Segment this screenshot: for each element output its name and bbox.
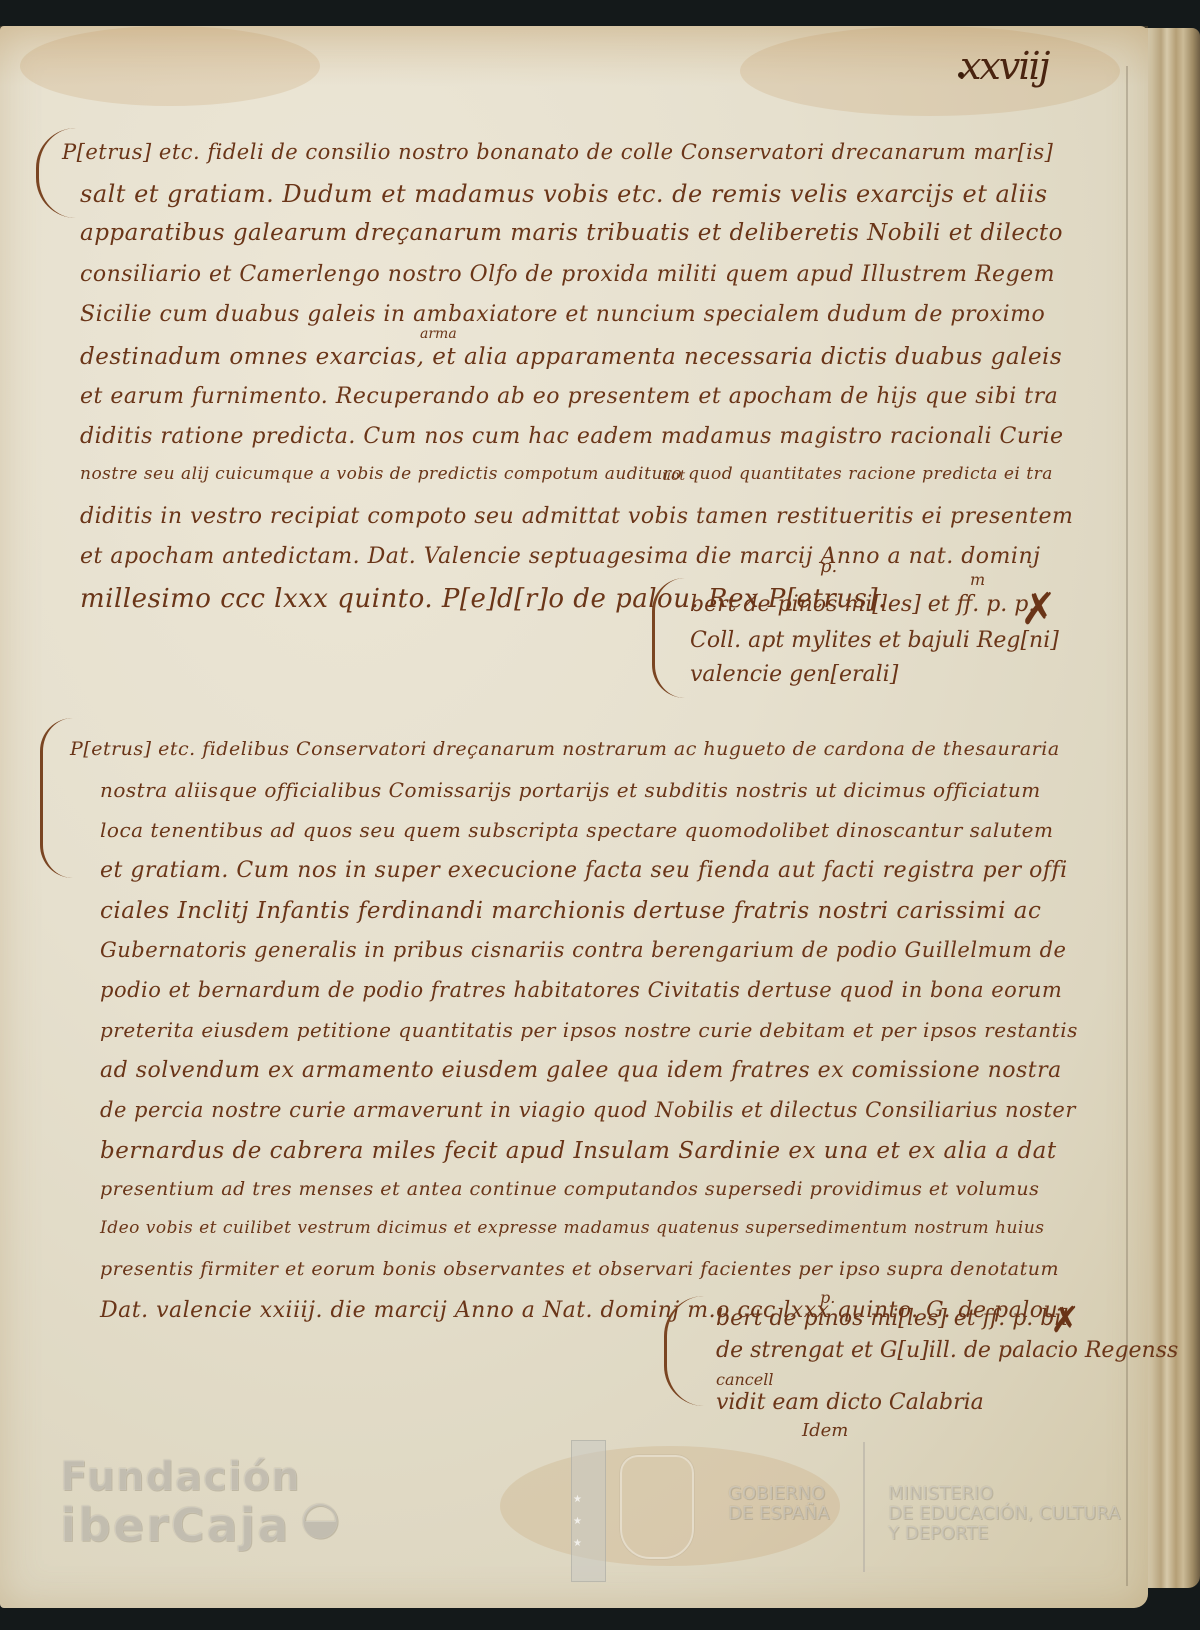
watermark-divider <box>863 1442 865 1572</box>
entry-2-line: nostra aliisque officialibus Comissarijs… <box>100 778 1041 802</box>
entry-2-line: ciales Inclitj Infantis ferdinandi march… <box>100 898 1041 924</box>
entry-2-line: et gratiam. Cum nos in super execucione … <box>100 858 1068 883</box>
paper-stain <box>740 26 1120 116</box>
subscription-line: de strengat et G[u]ill. de palacio Regen… <box>716 1338 1178 1363</box>
entry-1-line: Sicilie cum duabus galeis in ambaxiatore… <box>80 302 1045 327</box>
entry-2-initial-bracket <box>40 718 73 878</box>
entry-1-line: apparatibus galearum dreçanarum maris tr… <box>80 220 1063 246</box>
entry-2-line: de percia nostre curie armaverunt in via… <box>100 1098 1076 1122</box>
entry-2-line: P[etrus] etc. fidelibus Conservatori dre… <box>70 738 1060 760</box>
gobierno-line-1: GOBIERNO <box>728 1484 830 1504</box>
ministerio-line-1: MINISTERIO <box>888 1484 1120 1504</box>
star-icon: ★ <box>573 1538 582 1549</box>
subscription-line: Coll. apt mylites et bajuli Reg[ni] <box>690 628 1059 653</box>
gobierno-line-2: DE ESPAÑA <box>728 1504 830 1524</box>
entry-1-line: et apocham antedictam. Dat. Valencie sep… <box>80 544 1040 569</box>
ministerio-line-3: Y DEPORTE <box>888 1524 1120 1544</box>
entry-1-line: diditis ratione predicta. Cum nos cum ha… <box>80 424 1064 449</box>
subscription-line: valencie gen[erali] <box>690 662 898 687</box>
entry-2-line: loca tenentibus ad quos seu quem subscri… <box>100 818 1053 842</box>
watermark-fundacion: Fundación <box>60 1454 300 1500</box>
subscription-mark: p. <box>820 1288 835 1307</box>
watermark-ibercaja: iberCaja <box>60 1498 290 1552</box>
subscription-1-bracket <box>652 578 685 698</box>
entry-2-line: preterita eiusdem petitione quantitatis … <box>100 1018 1078 1042</box>
folio-number: xxviij <box>960 44 1048 88</box>
star-icon: ★ <box>573 1516 582 1527</box>
subscription-mark: p. <box>820 556 837 577</box>
ibercaja-logo-icon: ◒ <box>300 1490 340 1544</box>
entry-1-line: et earum furnimento. Recuperando ab eo p… <box>80 384 1058 409</box>
entry-2-line: Ideo vobis et cuilibet vestrum dicimus e… <box>100 1218 1045 1238</box>
paper-stain <box>20 26 320 106</box>
entry-2-line: bernardus de cabrera miles fecit apud In… <box>100 1138 1057 1164</box>
watermark-gobierno: GOBIERNO DE ESPAÑA <box>728 1484 830 1524</box>
subscription-superscript: m <box>970 570 985 589</box>
entry-2-line: ad solvendum ex armamento eiusdem galee … <box>100 1058 1062 1083</box>
entry-1-line: salt et gratiam. Dudum et madamus vobis … <box>80 180 1048 208</box>
entry-2-line: presentis firmiter et eorum bonis observ… <box>100 1258 1059 1280</box>
spain-flag-stripe-icon <box>571 1440 606 1582</box>
entry-1-line: consiliario et Camerlengo nostro Olfo de… <box>80 262 1055 287</box>
subscription-line: bert de pinos mi[les] et ff. p. p. <box>690 592 1035 617</box>
entry-2-line: podio et bernardum de podio fratres habi… <box>100 978 1062 1002</box>
cross-mark-icon: ✗ <box>1050 1300 1080 1341</box>
coat-of-arms-icon <box>620 1455 694 1559</box>
subscription-line: vidit eam dicto Calabria <box>716 1390 984 1415</box>
subscription-line: Idem <box>802 1420 848 1441</box>
subscription-line: cancell <box>716 1370 773 1389</box>
entry-1-line: destinadum omnes exarcias, et alia appar… <box>80 344 1062 370</box>
interlinear-note: uot <box>662 468 685 484</box>
interlinear-note: arma <box>420 326 457 342</box>
entry-2-line: presentium ad tres menses et antea conti… <box>100 1178 1039 1200</box>
subscription-line: bert de pinos mi[les] et ff. p. bil <box>716 1306 1068 1331</box>
watermark-ministerio: MINISTERIO DE EDUCACIÓN, CULTURA Y DEPOR… <box>888 1484 1120 1544</box>
ministerio-line-2: DE EDUCACIÓN, CULTURA <box>888 1504 1120 1524</box>
entry-2-line: Gubernatoris generalis in pribus cisnari… <box>100 938 1066 962</box>
entry-1-line: nostre seu alij cuicumque a vobis de pre… <box>80 464 1053 484</box>
cross-mark-icon: ✗ <box>1020 584 1057 635</box>
star-icon: ★ <box>573 1494 582 1505</box>
entry-1-line: diditis in vestro recipiat compoto seu a… <box>80 504 1073 529</box>
entry-1-line: P[etrus] etc. fideli de consilio nostro … <box>62 140 1053 164</box>
